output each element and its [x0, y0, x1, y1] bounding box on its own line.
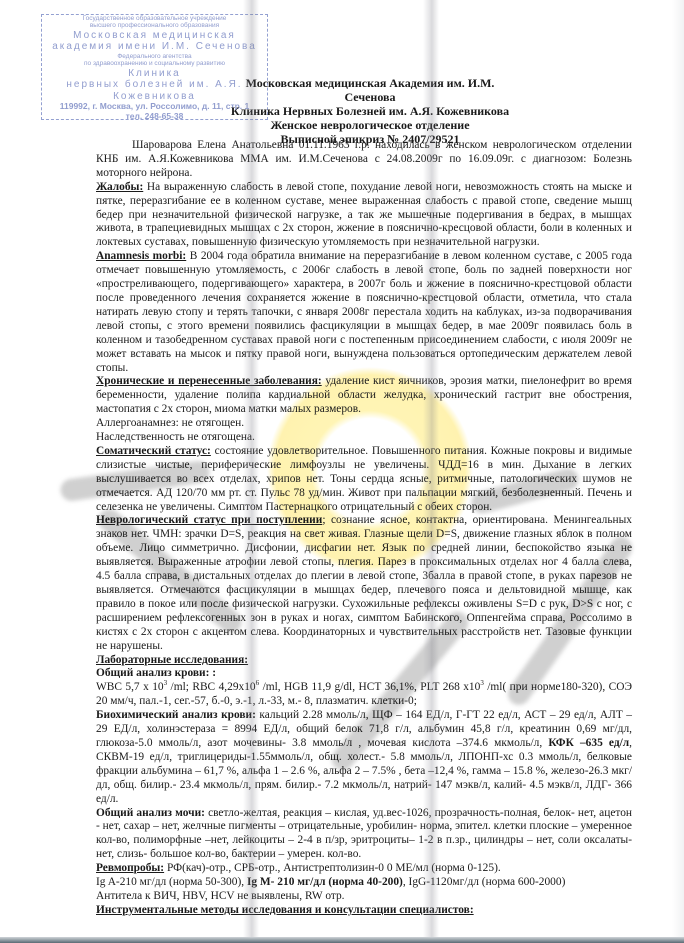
biochem-label: Биохимический анализ крови:	[96, 709, 256, 721]
instrumental-label: Инструментальные методы исследования и к…	[96, 904, 474, 916]
anamnesis-section: Anamnesis morbi: В 2004 года обратила вн…	[96, 250, 632, 375]
instrumental-heading: Инструментальные методы исследования и к…	[96, 904, 632, 918]
document-header: Московская медицинская Академия им. И.М.…	[225, 76, 515, 146]
clinic-name: Клиника Нервных Болезней им. А.Я. Кожевн…	[225, 104, 515, 118]
page-bottom-edge	[0, 937, 684, 943]
urine-label: Общий анализ мочи:	[96, 807, 205, 819]
cbc-wbc: WBC 5,7 x 10	[96, 681, 164, 693]
cbc-heading: Общий анализ крови: :	[96, 667, 632, 681]
biochem-ck: КФК –635 ед/л	[548, 737, 629, 749]
urine-section: Общий анализ мочи: светло-желтая, реакци…	[96, 807, 632, 863]
anamnesis-label: Anamnesis morbi:	[96, 250, 186, 262]
stamp-line: по здравоохранению и социальному развити…	[42, 60, 267, 67]
somatic-label: Соматический статус:	[96, 445, 211, 457]
academy-name: Московская медицинская Академия им. И.М.…	[225, 76, 515, 104]
labs-heading: Лабораторные исследования:	[96, 654, 632, 668]
chronic-label: Хронические и перенесенные заболевания:	[96, 375, 322, 387]
cbc-plt: /ml, HGB 11,9 g/dl, HCT 36,1%, PLT 268 x…	[259, 681, 480, 693]
antibodies-line: Антитела к ВИЧ, HBV, HCV не выявлены, RW…	[96, 890, 632, 904]
complaints-label: Жалобы:	[96, 181, 143, 193]
document-body: Шароварова Елена Анатольевна 01.11.1963 …	[96, 139, 632, 918]
complaints-section: Жалобы: На выраженную слабость в левой с…	[96, 181, 632, 251]
complaints-text: На выраженную слабость в левой стопе, по…	[96, 181, 632, 249]
ig-a: Ig A-210 мг/дл (норма 50-300),	[96, 876, 247, 888]
cbc-label: Общий анализ крови: :	[96, 667, 216, 679]
somatic-section: Соматический статус: состояние удовлетво…	[96, 445, 632, 515]
rheum-label: Ревмопробы:	[96, 862, 164, 874]
neuro-label: Неврологический статус при поступлении	[96, 514, 322, 526]
labs-label: Лабораторные исследования:	[96, 654, 248, 666]
patient-intro: Шароварова Елена Анатольевна 01.11.1963 …	[96, 139, 632, 181]
biochem-section: Биохимический анализ крови: кальций 2.28…	[96, 709, 632, 806]
stamp-line: высшего профессионального образования	[42, 22, 267, 29]
allergy-line: Аллергоанамнез: не отягощен.	[96, 417, 632, 431]
neuro-section: Неврологический статус при поступлении; …	[96, 514, 632, 653]
ig-m: Ig M- 210 мг/дл (норма 40-200)	[247, 876, 403, 888]
stamp-line: Федерального агентства	[42, 53, 267, 60]
department-name: Женское неврологическое отделение	[225, 118, 515, 132]
cbc-values: WBC 5,7 x 103 /ml; RBC 4,29x106 /ml, HGB…	[96, 681, 632, 709]
rheum-section: Ревмопробы: РФ(кач)-отр., СРБ-отр., Анти…	[96, 862, 632, 876]
stamp-line: академия имени И.М. Сеченова	[42, 41, 267, 53]
neuro-text: ; сознание ясное, контактна, ориентирова…	[96, 514, 632, 651]
chronic-section: Хронические и перенесенные заболевания: …	[96, 375, 632, 417]
ig-g: , IgG-1120мг/дл (норма 600-2000)	[403, 876, 566, 888]
cbc-rbc: /ml; RBC 4,29x10	[167, 681, 256, 693]
anamnesis-text: В 2004 года обратила внимание на перераз…	[96, 250, 632, 373]
stamp-line: Московская медицинская	[42, 30, 267, 42]
ig-section: Ig A-210 мг/дл (норма 50-300), Ig M- 210…	[96, 876, 632, 890]
rheum-text: РФ(кач)-отр., СРБ-отр., Антистрептолизин…	[164, 862, 501, 874]
heredity-line: Наследственность не отягощена.	[96, 431, 632, 445]
page-right-edge	[672, 0, 684, 943]
